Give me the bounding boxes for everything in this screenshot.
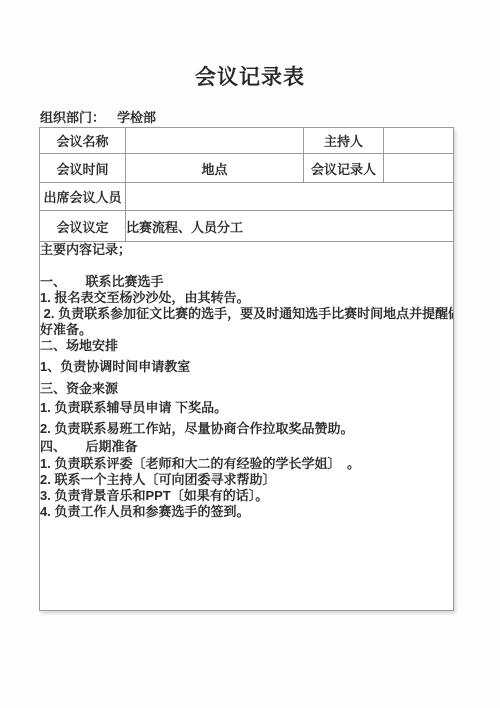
note-line: 2. 负责联系易班工作站，尽量协商合作拉取奖品赞助。 [40,421,453,437]
attendees-label-cell: 出席会议人员 [40,183,126,211]
document-page: 会议记录表 组织部门：学检部 会议名称 主持人 会议时间 地点 会议记录人 出席 [0,0,500,708]
note-line: 1、负责协调时间申请教室 [40,359,453,375]
note-line: 1. 负责联系辅导员申请 下奖品。 [40,400,453,416]
note-line: 3. 负责背景音乐和PPT〔如果有的话〕。 [40,488,453,504]
agenda-value-cell: 比赛流程、人员分工 [126,211,454,242]
location-label-cell: 地点 [126,154,304,183]
meeting-time-label-cell: 会议时间 [40,154,126,183]
org-department-value: 学检部 [117,110,156,125]
attendees-value-cell [126,183,454,211]
note-line: 1. 报名表交至杨沙沙处，由其转告。 [40,290,453,306]
note-line: 一、 联系比赛选手 [40,274,453,290]
note-line: 主要内容记录； [40,242,453,258]
meeting-name-label-cell: 会议名称 [40,128,126,154]
recorder-value-cell [384,154,454,183]
table-row: 会议议定 比赛流程、人员分工 [40,211,454,242]
note-line: 1. 负责联系评委〔老师和大二的有经验的学长学姐〕 。 [40,456,453,472]
note-line: 2. 负责联系参加征文比赛的选手，要及时通知选手比赛时间地点并提醒做 [40,306,453,322]
note-line: 4. 负责工作人员和参赛选手的签到。 [40,504,453,520]
note-line: 三、资金来源 [40,381,453,397]
agenda-label-cell: 会议议定 [40,211,126,242]
note-line: 好准备。 [40,322,453,338]
meeting-record-table: 会议名称 主持人 会议时间 地点 会议记录人 出席会议人员 会议议定 比赛流程、… [39,127,454,611]
table-row: 会议时间 地点 会议记录人 [40,154,454,183]
note-line: 二、场地安排 [40,338,453,354]
host-label-cell: 主持人 [304,128,384,154]
note-line: 四、 后期准备 [40,439,453,455]
table-row: 会议名称 主持人 [40,128,454,154]
table-row: 出席会议人员 [40,183,454,211]
note-line: 2. 联系一个主持人〔可向团委寻求帮助〕 [40,472,453,488]
org-department-line: 组织部门：学检部 [40,107,156,126]
notes-cell: 主要内容记录；一、 联系比赛选手1. 报名表交至杨沙沙处，由其转告。 2. 负责… [40,242,454,611]
recorder-label-cell: 会议记录人 [304,154,384,183]
table-row: 主要内容记录；一、 联系比赛选手1. 报名表交至杨沙沙处，由其转告。 2. 负责… [40,242,454,611]
notes-lines: 主要内容记录；一、 联系比赛选手1. 报名表交至杨沙沙处，由其转告。 2. 负责… [40,242,453,520]
page-title: 会议记录表 [0,61,500,91]
meeting-name-value-cell [126,128,304,154]
host-value-cell [384,128,454,154]
org-department-label: 组织部门： [40,110,105,125]
